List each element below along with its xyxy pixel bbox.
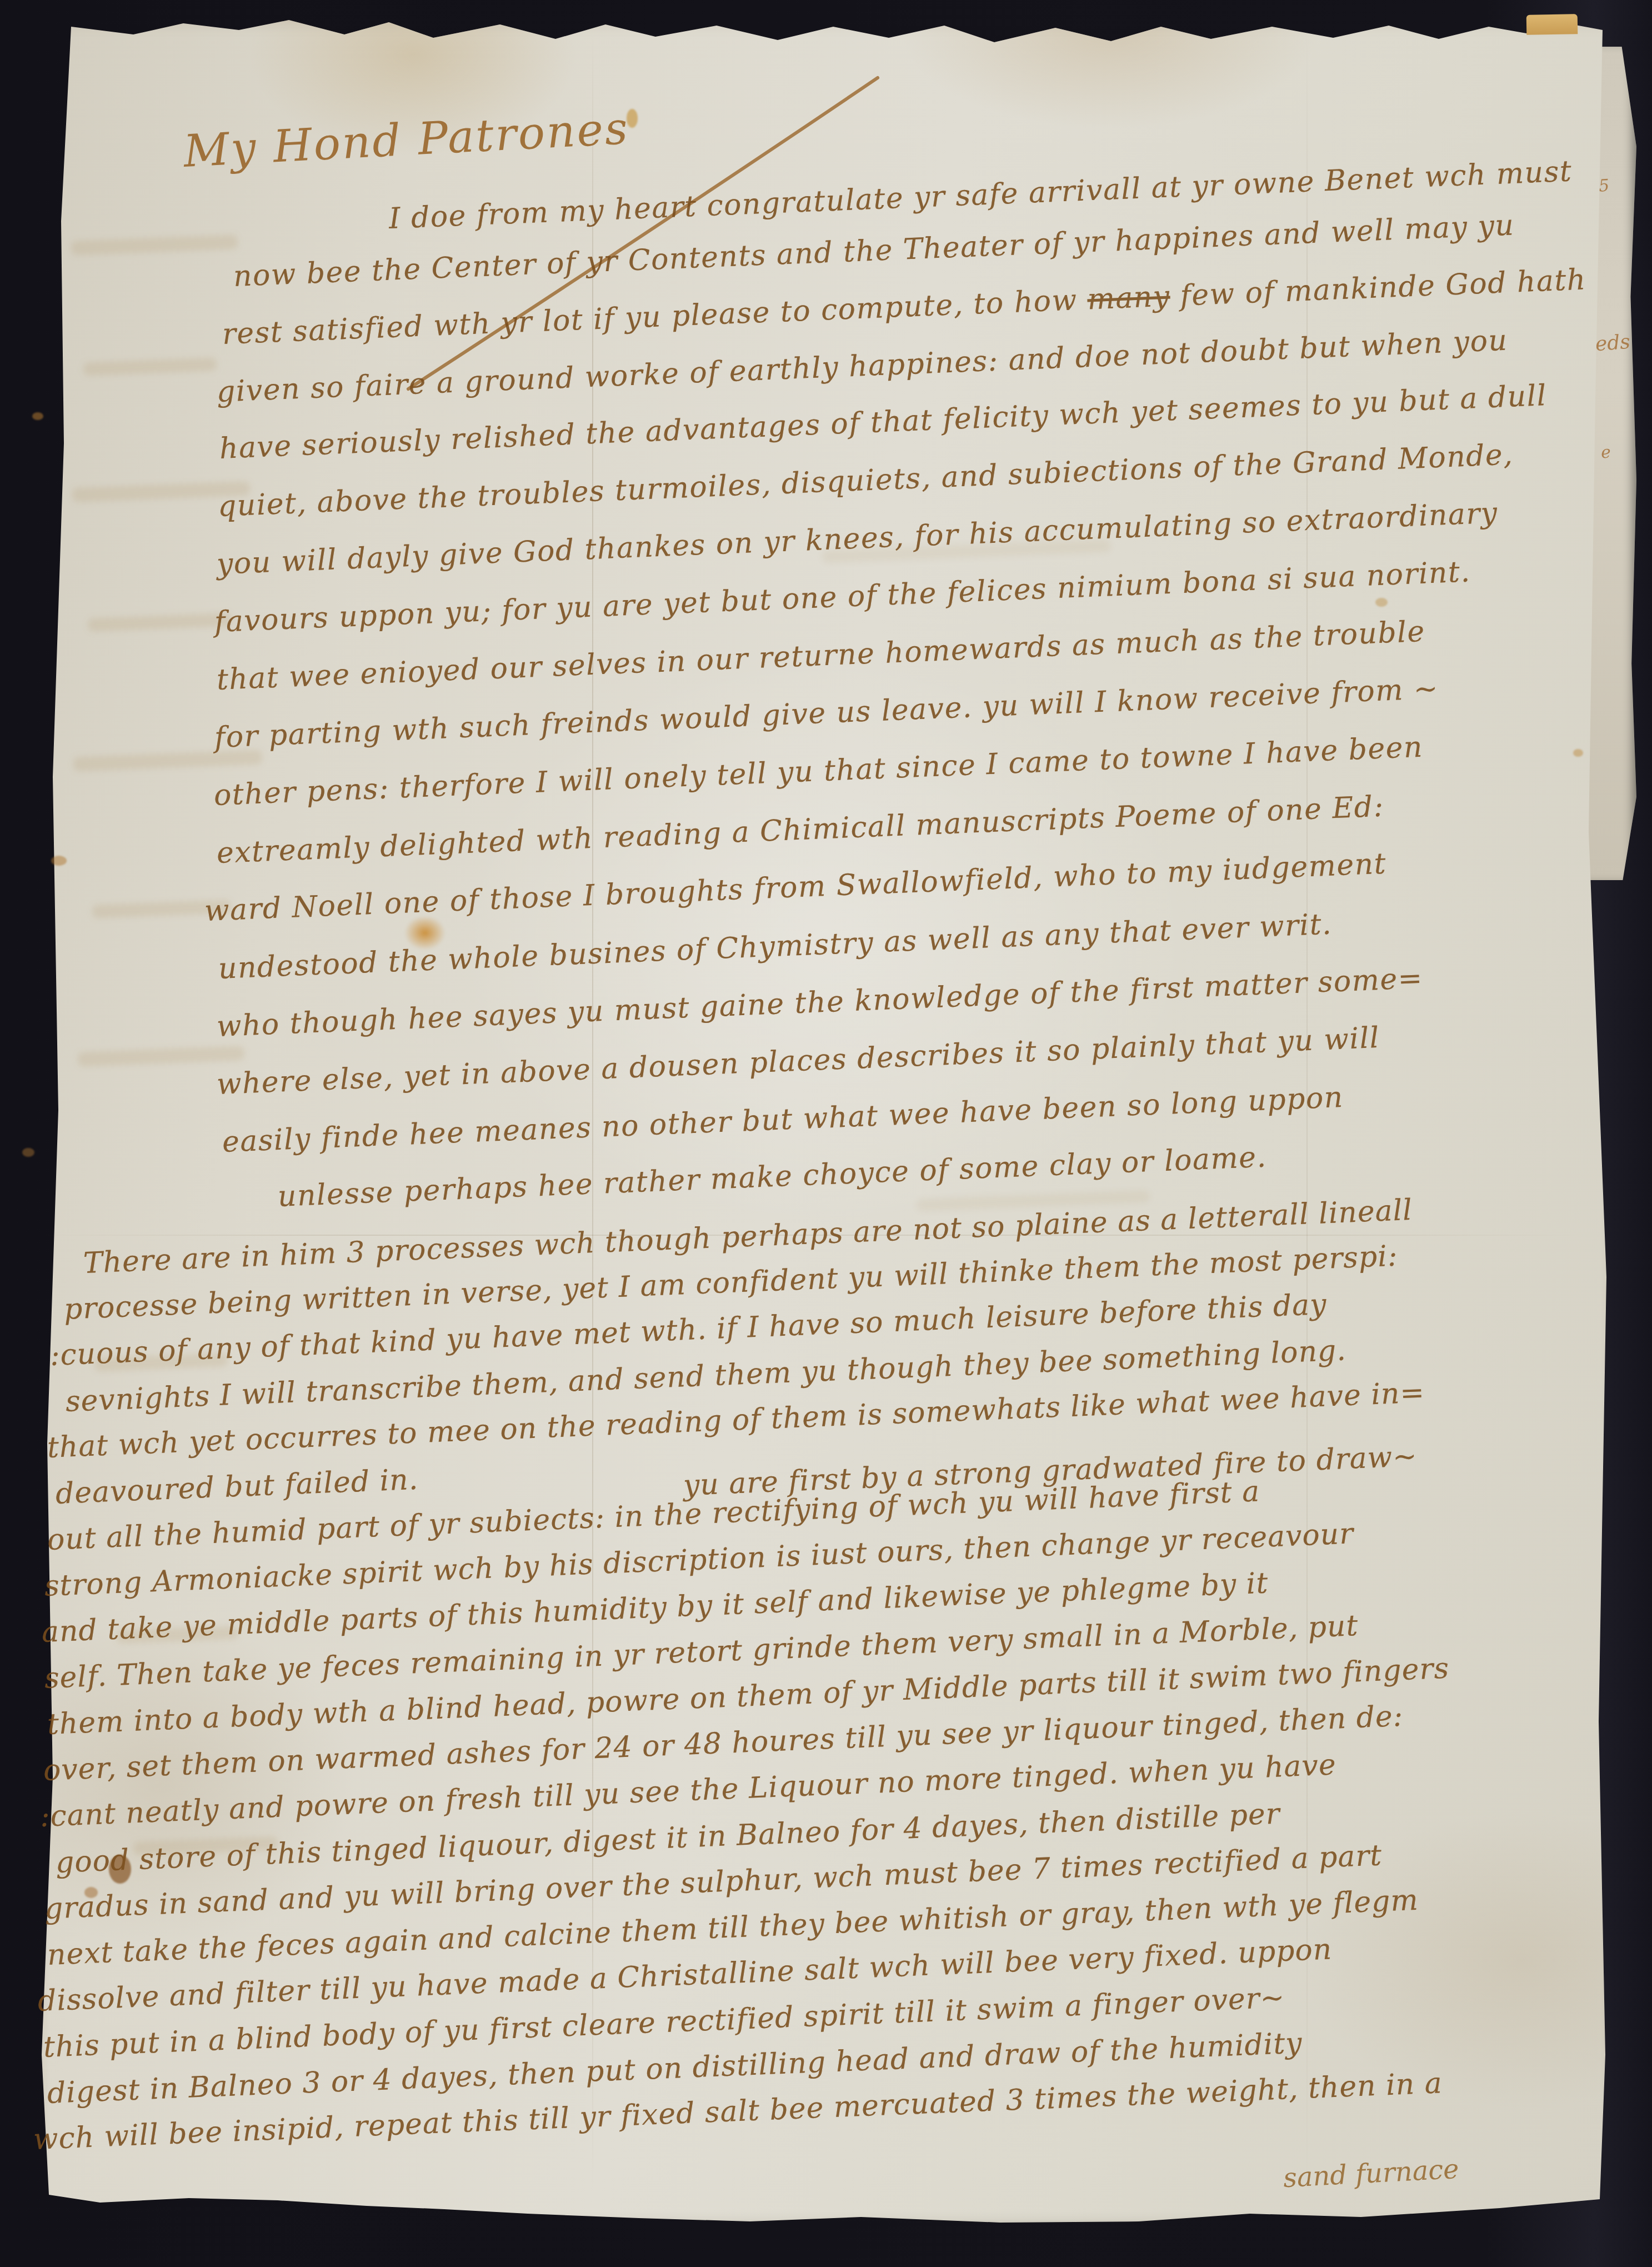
edge-fragment: eds	[1595, 332, 1631, 354]
paper-tab	[1526, 14, 1578, 35]
edge-fragment: 5	[1598, 177, 1610, 194]
stain-fleck	[22, 1148, 34, 1157]
stain-fleck	[1573, 749, 1583, 757]
edge-fragment: e	[1600, 444, 1611, 461]
stain-fleck	[1375, 598, 1388, 607]
struck-word: many	[1087, 279, 1170, 316]
stain-fleck	[51, 856, 67, 866]
stain-fleck	[32, 412, 43, 420]
photograph-backdrop: 5 eds e My Hond Patrones I doe from my h…	[0, 0, 1652, 2267]
